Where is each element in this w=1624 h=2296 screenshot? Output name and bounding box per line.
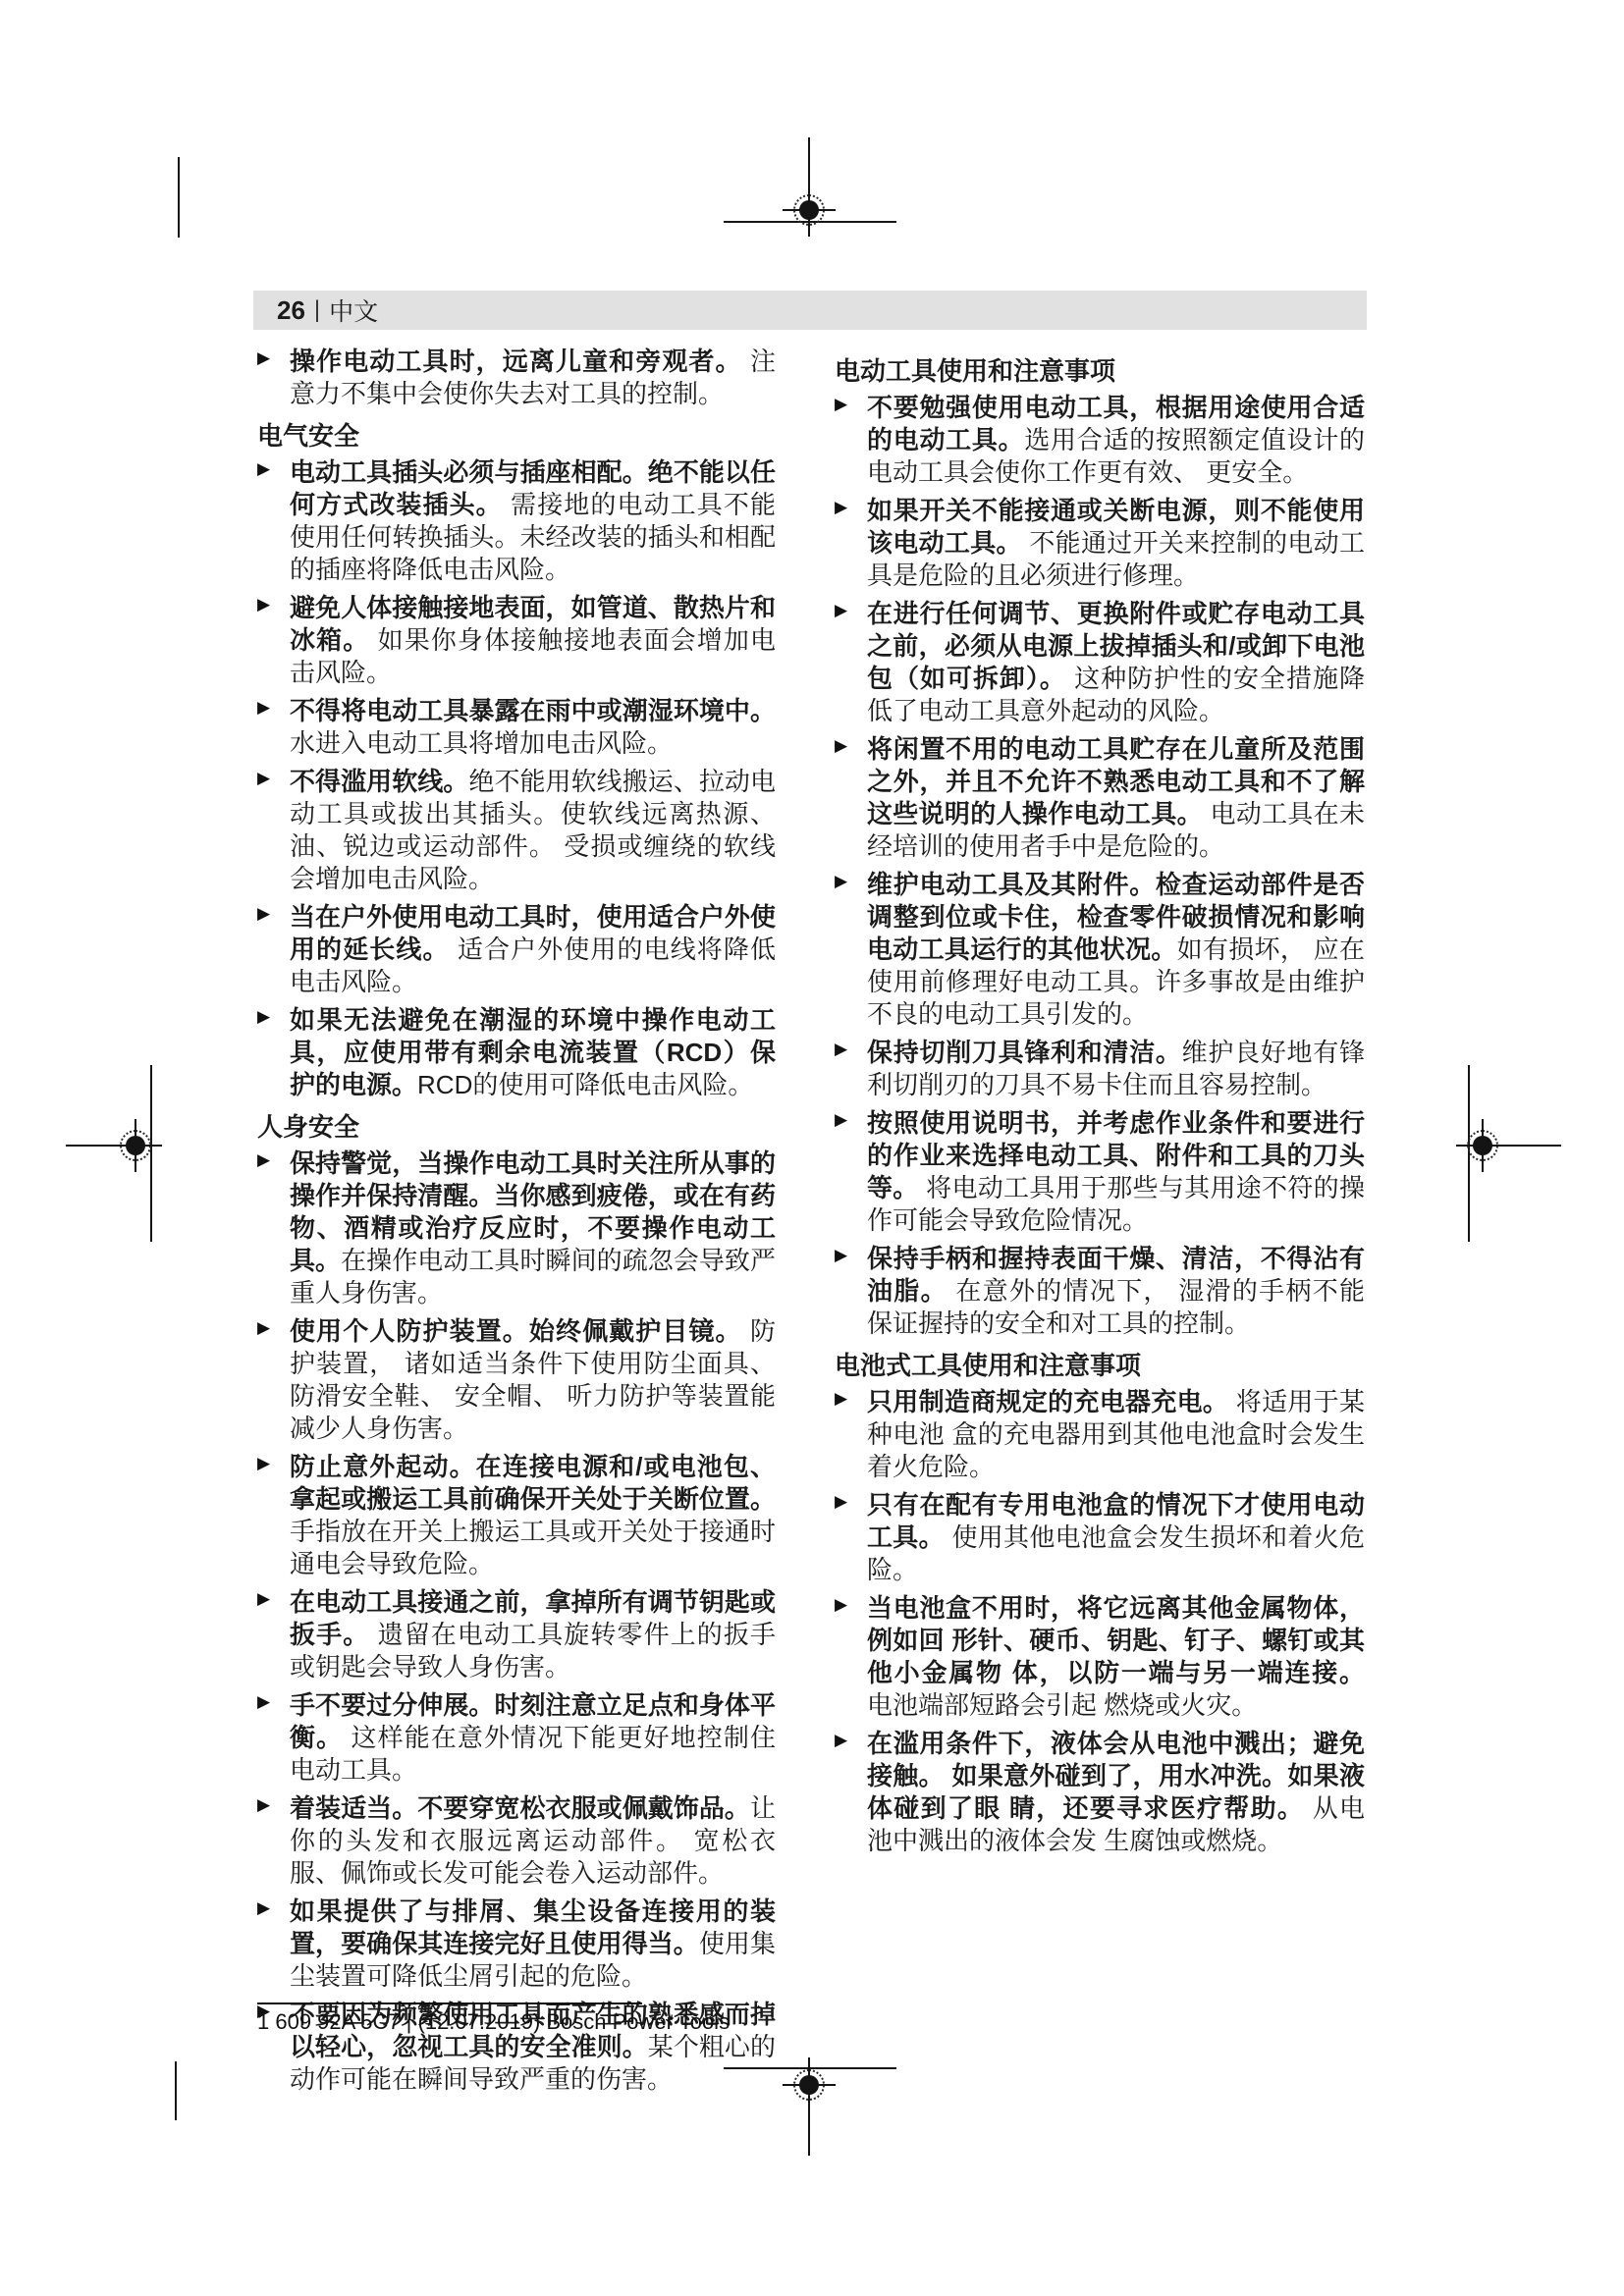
registration-dot-icon — [799, 200, 819, 220]
safety-text-bold: 当电池盒不用时，将它远离其他金属物体，例如回 形针、硬币、钥匙、钉子、螺钉或其他… — [867, 1593, 1365, 1687]
safety-item: ▶ 按照使用说明书，并考虑作业条件和要进行的作业来选择电动工具、附件和工具的刀头… — [835, 1107, 1365, 1237]
registration-dot-icon — [126, 1136, 145, 1155]
safety-text-bold: 只用制造商规定的充电器充电。 — [867, 1387, 1228, 1416]
crop-mark-line — [178, 157, 180, 238]
safety-item: ▶ 如果无法避免在潮湿的环境中操作电动工具，应使用带有剩余电流装置（RCD）保护… — [257, 1004, 776, 1101]
right-column: 电动工具使用和注意事项 ▶ 不要勉强使用电动工具，根据用途使用合适的电动工具。选… — [835, 346, 1365, 2102]
safety-item: ▶ 在滥用条件下，液体会从电池中溅出；避免接触。 如果意外碰到了，用水冲洗。如果… — [835, 1728, 1365, 1857]
header-separator: | — [314, 296, 320, 324]
safety-item: ▶ 如果开关不能接通或关断电源，则不能使用该电动工具。 不能通过开关来控制的电动… — [835, 495, 1365, 592]
safety-text-bold: 使用个人防护装置。始终佩戴护目镜。 — [290, 1316, 742, 1346]
safety-item: ▶ 手不要过分伸展。时刻注意立足点和身体平衡。 这样能在意外情况下能更好地控制住… — [257, 1689, 776, 1787]
bullet-triangle-icon: ▶ — [257, 1694, 270, 1711]
bullet-triangle-icon: ▶ — [257, 350, 270, 367]
safety-text-bold: 防止意外起动。在连接电源和/或电池包、拿起或搬运工具前确保开关处于关断位置。 — [290, 1452, 776, 1514]
bullet-triangle-icon: ▶ — [257, 1900, 270, 1917]
bullet-triangle-icon: ▶ — [835, 1112, 847, 1129]
bullet-triangle-icon: ▶ — [257, 1591, 270, 1608]
safety-item: ▶ 将闲置不用的电动工具贮存在儿童所及范围之外，并且不允许不熟悉电动工具和不了解… — [835, 733, 1365, 863]
page-header-bar: 26 | 中文 — [253, 291, 1367, 330]
safety-text-bold: 在滥用条件下，液体会从电池中溅出；避免接触。 如果意外碰到了，用水冲洗。如果液体… — [867, 1729, 1365, 1823]
safety-item: ▶ 在进行任何调节、更换附件或贮存电动工具之前，必须从电源上拔掉插头和/或卸下电… — [835, 598, 1365, 727]
safety-item: ▶ 在电动工具接通之前，拿掉所有调节钥匙或扳手。 遗留在电动工具旋转零件上的扳手… — [257, 1586, 776, 1683]
bullet-triangle-icon: ▶ — [835, 1041, 847, 1058]
safety-text-regular: 水进入电动工具将增加电击风险。 — [290, 728, 673, 758]
safety-item: 人身安全 — [257, 1111, 776, 1144]
footer-rule — [257, 2002, 642, 2004]
safety-text-bold: 电气安全 — [257, 421, 359, 451]
safety-text-bold: 电池式工具使用和注意事项 — [835, 1351, 1141, 1380]
safety-item: ▶ 保持手柄和握持表面干燥、清洁，不得沾有油脂。 在意外的情况下， 湿滑的手柄不… — [835, 1243, 1365, 1340]
safety-item: ▶ 只用制造商规定的充电器充电。 将适用于某种电池 盒的充电器用到其他电池盒时会… — [835, 1386, 1365, 1483]
bullet-triangle-icon: ▶ — [835, 1733, 847, 1749]
bullet-triangle-icon: ▶ — [835, 1597, 847, 1614]
footer-document-number: 1 609 92A 5C7 | (12.07.2019) Bosch Power… — [257, 2009, 730, 2035]
safety-item: 电动工具使用和注意事项 — [835, 355, 1365, 388]
bullet-triangle-icon: ▶ — [257, 771, 270, 787]
bullet-triangle-icon: ▶ — [835, 397, 847, 413]
safety-item: ▶ 着装适当。不要穿宽松衣服或佩戴饰品。让你的头发和衣服远离运动部件。 宽松衣服… — [257, 1792, 776, 1890]
safety-text-bold: 不得将电动工具暴露在雨中或潮湿环境中。 — [290, 696, 776, 725]
safety-item: ▶ 防止意外起动。在连接电源和/或电池包、拿起或搬运工具前确保开关处于关断位置。… — [257, 1451, 776, 1580]
safety-item: 电气安全 — [257, 420, 776, 453]
content-columns: ▶ 操作电动工具时，远离儿童和旁观者。 注意力不集中会使你失去对工具的控制。 电… — [257, 346, 1365, 2102]
bullet-triangle-icon: ▶ — [257, 1456, 270, 1472]
registration-dot-icon — [1473, 1136, 1492, 1155]
bullet-triangle-icon: ▶ — [257, 906, 270, 923]
safety-item: ▶ 只有在配有专用电池盒的情况下才使用电动工具。 使用其他电池盒会发生损坏和着火… — [835, 1489, 1365, 1586]
safety-item: ▶ 如果提供了与排屑、集尘设备连接用的装置，要确保其连接完好且使用得当。使用集尘… — [257, 1896, 776, 1993]
bullet-triangle-icon: ▶ — [835, 1494, 847, 1511]
safety-item: ▶ 不得将电动工具暴露在雨中或潮湿环境中。 水进入电动工具将增加电击风险。 — [257, 695, 776, 760]
bullet-triangle-icon: ▶ — [835, 603, 847, 619]
safety-item: ▶ 维护电动工具及其附件。检查运动部件是否调整到位或卡住，检查零件破损情况和影响… — [835, 869, 1365, 1031]
safety-item: ▶ 保持警觉，当操作电动工具时关注所从事的操作并保持清醒。当你感到疲倦，或在有药… — [257, 1148, 776, 1309]
safety-item: 电池式工具使用和注意事项 — [835, 1350, 1365, 1382]
safety-text-regular: 在操作电动工具时瞬间的疏忽会导致严重人身伤害。 — [290, 1246, 776, 1308]
bullet-triangle-icon: ▶ — [257, 1152, 270, 1169]
safety-item: ▶ 电动工具插头必须与插座相配。绝不能以任何方式改装插头。 需接地的电动工具不能… — [257, 456, 776, 586]
safety-item: ▶ 使用个人防护装置。始终佩戴护目镜。 防护装置， 诸如适当条件下使用防尘面具、… — [257, 1315, 776, 1445]
safety-text-regular: 电池端部短路会引起 燃烧或火灾。 — [867, 1690, 1257, 1720]
bullet-triangle-icon: ▶ — [835, 1248, 847, 1264]
safety-item: ▶ 操作电动工具时，远离儿童和旁观者。 注意力不集中会使你失去对工具的控制。 — [257, 346, 776, 410]
safety-item: ▶ 避免人体接触接地表面，如管道、散热片和冰箱。 如果你身体接触接地表面会增加电… — [257, 592, 776, 689]
safety-item: ▶ 当在户外使用电动工具时，使用适合户外使用的延长线。 适合户外使用的电线将降低… — [257, 901, 776, 998]
bullet-triangle-icon: ▶ — [257, 700, 270, 717]
bullet-triangle-icon: ▶ — [835, 738, 847, 755]
bullet-triangle-icon: ▶ — [257, 597, 270, 614]
safety-text-regular: 将电动工具用于那些与其用途不符的操作可能会导致危险情况。 — [867, 1173, 1365, 1235]
safety-text-regular: 这样能在意外情况下能更好地控制住电动工具。 — [290, 1723, 776, 1785]
safety-item: ▶ 不得滥用软线。绝不能用软线搬运、拉动电动工具或拔出其插头。使软线远离热源、油… — [257, 766, 776, 895]
safety-item: ▶ 不要勉强使用电动工具，根据用途使用合适的电动工具。选用合适的按照额定值设计的… — [835, 392, 1365, 489]
header-language-label: 中文 — [329, 293, 378, 328]
bullet-triangle-icon: ▶ — [835, 500, 847, 516]
safety-text-bold: 人身安全 — [257, 1112, 359, 1142]
bullet-triangle-icon: ▶ — [257, 1320, 270, 1337]
safety-item: ▶ 保持切削刀具锋利和清洁。维护良好地有锋利切削刃的刀具不易卡住而且容易控制。 — [835, 1037, 1365, 1101]
safety-text-bold: 电动工具使用和注意事项 — [835, 356, 1115, 386]
safety-text-regular: 手指放在开关上搬运工具或开关处于接通时通电会导致危险。 — [290, 1517, 776, 1578]
safety-text-regular: RCD的使用可降低电击风险。 — [417, 1070, 753, 1099]
bullet-triangle-icon: ▶ — [835, 874, 847, 890]
safety-text-bold: 保持切削刀具锋利和清洁。 — [867, 1038, 1182, 1067]
page-number: 26 — [277, 295, 305, 326]
safety-text-bold: 不得滥用软线。 — [290, 767, 468, 796]
crop-mark-line — [175, 2061, 177, 2120]
safety-item: ▶ 当电池盒不用时，将它远离其他金属物体，例如回 形针、硬币、钥匙、钉子、螺钉或… — [835, 1592, 1365, 1722]
crop-mark-line — [150, 1065, 152, 1242]
bullet-triangle-icon: ▶ — [835, 1391, 847, 1408]
left-column: ▶ 操作电动工具时，远离儿童和旁观者。 注意力不集中会使你失去对工具的控制。 电… — [257, 346, 776, 2102]
safety-text-bold: 着装适当。不要穿宽松衣服或佩戴饰品。 — [290, 1793, 750, 1823]
safety-text-bold: 操作电动工具时，远离儿童和旁观者。 — [290, 347, 742, 376]
bullet-triangle-icon: ▶ — [257, 461, 270, 478]
bullet-triangle-icon: ▶ — [257, 1009, 270, 1026]
manual-page: { "glyphs": { "bullet": "▶" }, "header":… — [0, 0, 1624, 2296]
bullet-triangle-icon: ▶ — [257, 1797, 270, 1814]
